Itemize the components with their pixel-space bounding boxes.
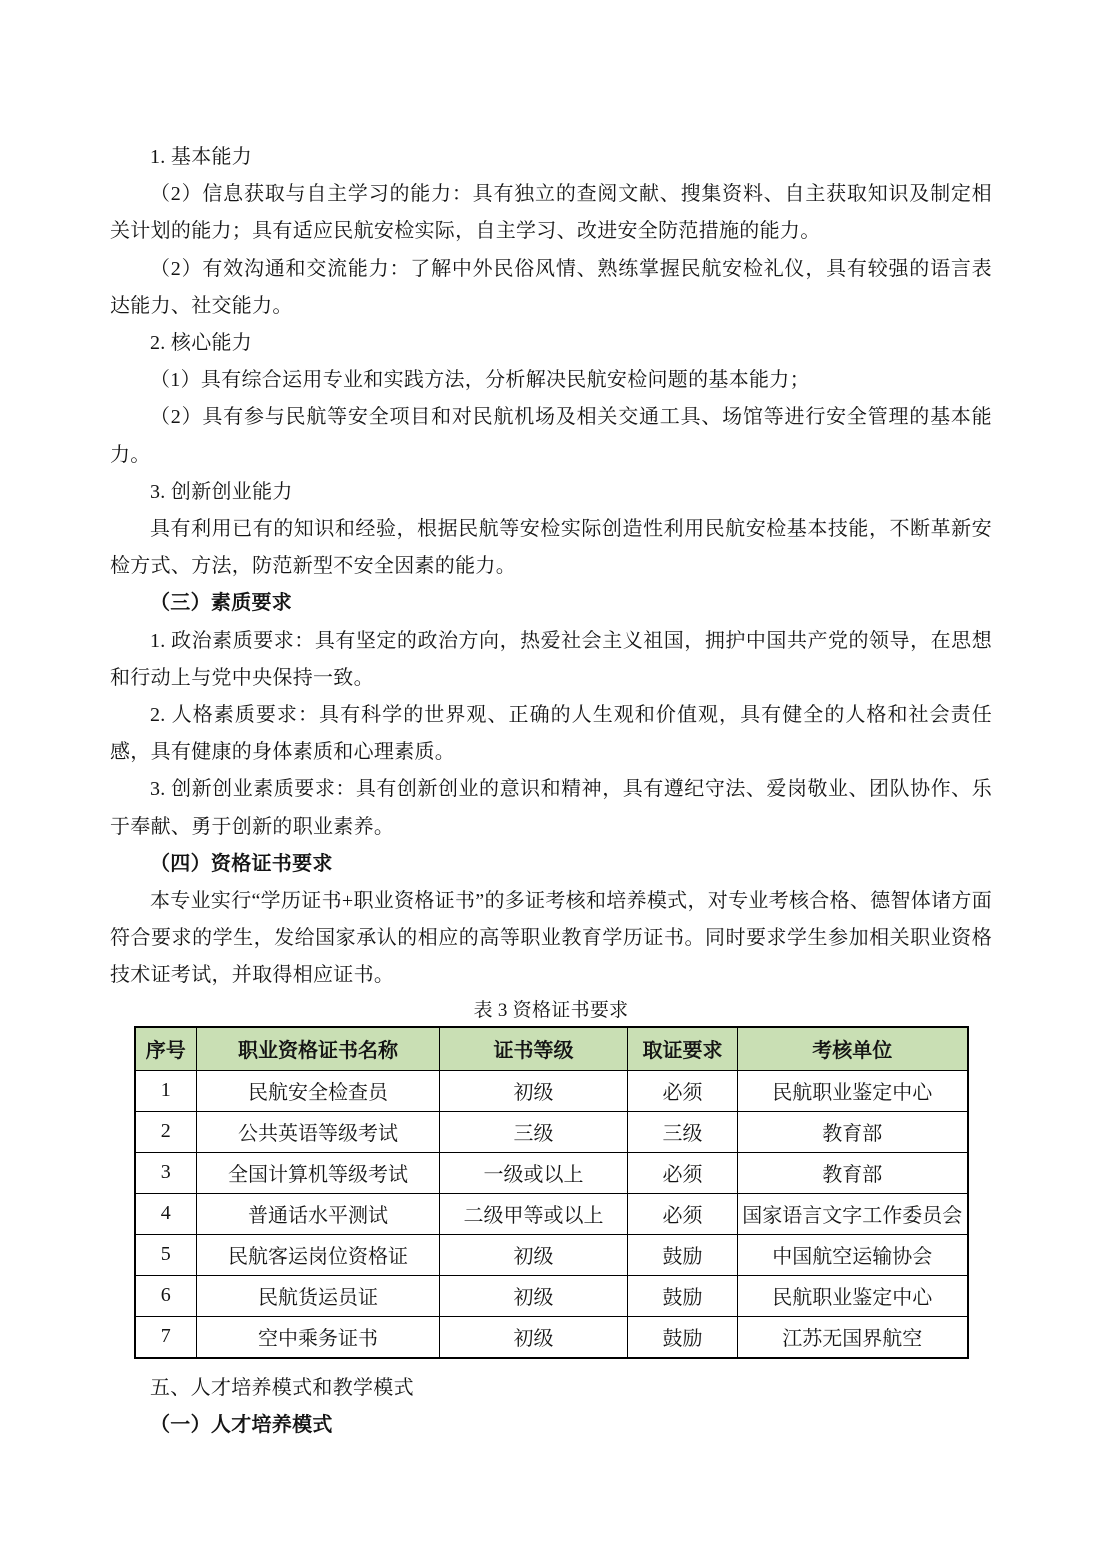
table-row: 3 全国计算机等级考试 一级或以上 必须 教育部 (135, 1152, 968, 1193)
table-row: 5 民航客运岗位资格证 初级 鼓励 中国航空运输协会 (135, 1234, 968, 1275)
table-row: 4 普通话水平测试 二级甲等或以上 必须 国家语言文字工作委员会 (135, 1193, 968, 1234)
table-cell: 3 (135, 1152, 197, 1193)
table-cell: 一级或以上 (440, 1152, 628, 1193)
table-cell: 三级 (440, 1111, 628, 1152)
table-cell: 6 (135, 1275, 197, 1316)
table-cell: 鼓励 (628, 1234, 738, 1275)
section-heading-certificates: （四）资格证书要求 (110, 846, 992, 883)
table-cell: 初级 (440, 1070, 628, 1111)
table-cell: 初级 (440, 1275, 628, 1316)
table-cell: 民航货运员证 (197, 1275, 440, 1316)
paragraph: 3. 创新创业素质要求：具有创新创业的意识和精神，具有遵纪守法、爱岗敬业、团队协… (110, 771, 992, 845)
table-header-cell: 考核单位 (738, 1027, 968, 1071)
table-cell: 二级甲等或以上 (440, 1193, 628, 1234)
table-row: 2 公共英语等级考试 三级 三级 教育部 (135, 1111, 968, 1152)
paragraph: 2. 核心能力 (110, 325, 992, 362)
table-cell: 空中乘务证书 (197, 1316, 440, 1358)
table-cell: 中国航空运输协会 (738, 1234, 968, 1275)
paragraph: 3. 创新创业能力 (110, 474, 992, 511)
table-cell: 1 (135, 1070, 197, 1111)
table-cell: 公共英语等级考试 (197, 1111, 440, 1152)
table-cell: 民航客运岗位资格证 (197, 1234, 440, 1275)
table-cell: 必须 (628, 1152, 738, 1193)
table-cell: 初级 (440, 1316, 628, 1358)
table-cell: 初级 (440, 1234, 628, 1275)
paragraph: （2）具有参与民航等安全项目和对民航机场及相关交通工具、场馆等进行安全管理的基本… (110, 399, 992, 473)
certificates-table: 序号 职业资格证书名称 证书等级 取证要求 考核单位 1 民航安全检查员 初级 … (134, 1026, 969, 1359)
table-row: 6 民航货运员证 初级 鼓励 民航职业鉴定中心 (135, 1275, 968, 1316)
paragraph: 1. 政治素质要求：具有坚定的政治方向，热爱社会主义祖国，拥护中国共产党的领导，… (110, 623, 992, 697)
section-heading-quality: （三）素质要求 (110, 585, 992, 622)
subsection-heading-training-mode: （一）人才培养模式 (110, 1407, 992, 1444)
table-cell: 必须 (628, 1070, 738, 1111)
table-cell: 民航职业鉴定中心 (738, 1070, 968, 1111)
post-table-section: 五、人才培养模式和教学模式 （一）人才培养模式 (110, 1370, 992, 1444)
table-cell: 民航安全检查员 (197, 1070, 440, 1111)
table-cell: 三级 (628, 1111, 738, 1152)
table-cell: 5 (135, 1234, 197, 1275)
table-cell: 全国计算机等级考试 (197, 1152, 440, 1193)
paragraph: 本专业实行“学历证书+职业资格证书”的多证考核和培养模式，对专业考核合格、德智体… (110, 883, 992, 995)
table-cell: 教育部 (738, 1111, 968, 1152)
table-cell: 鼓励 (628, 1316, 738, 1358)
table-cell: 7 (135, 1316, 197, 1358)
table-row: 1 民航安全检查员 初级 必须 民航职业鉴定中心 (135, 1070, 968, 1111)
table-header-cell: 取证要求 (628, 1027, 738, 1071)
table-cell: 必须 (628, 1193, 738, 1234)
table-cell: 民航职业鉴定中心 (738, 1275, 968, 1316)
table-row: 7 空中乘务证书 初级 鼓励 江苏无国界航空 (135, 1316, 968, 1358)
section-heading-training-mode: 五、人才培养模式和教学模式 (110, 1370, 992, 1407)
paragraph: （2）有效沟通和交流能力：了解中外民俗风情、熟练掌握民航安检礼仪，具有较强的语言… (110, 251, 992, 325)
table-header-cell: 序号 (135, 1027, 197, 1071)
table-caption: 表 3 资格证书要求 (110, 996, 992, 1025)
paragraph: 2. 人格素质要求：具有科学的世界观、正确的人生观和价值观，具有健全的人格和社会… (110, 697, 992, 771)
table-cell: 4 (135, 1193, 197, 1234)
table-header-cell: 证书等级 (440, 1027, 628, 1071)
table-cell: 教育部 (738, 1152, 968, 1193)
paragraph: 具有利用已有的知识和经验，根据民航等安检实际创造性利用民航安检基本技能，不断革新… (110, 511, 992, 585)
table-header-cell: 职业资格证书名称 (197, 1027, 440, 1071)
paragraph: 1. 基本能力 (110, 139, 992, 176)
document-page: 1. 基本能力 （2）信息获取与自主学习的能力：具有独立的查阅文献、搜集资料、自… (0, 0, 1102, 1559)
table-header-row: 序号 职业资格证书名称 证书等级 取证要求 考核单位 (135, 1027, 968, 1071)
table-cell: 国家语言文字工作委员会 (738, 1193, 968, 1234)
paragraph: （1）具有综合运用专业和实践方法，分析解决民航安检问题的基本能力； (110, 362, 992, 399)
table-cell: 鼓励 (628, 1275, 738, 1316)
table-cell: 普通话水平测试 (197, 1193, 440, 1234)
paragraph: （2）信息获取与自主学习的能力：具有独立的查阅文献、搜集资料、自主获取知识及制定… (110, 176, 992, 250)
table-cell: 2 (135, 1111, 197, 1152)
table-cell: 江苏无国界航空 (738, 1316, 968, 1358)
